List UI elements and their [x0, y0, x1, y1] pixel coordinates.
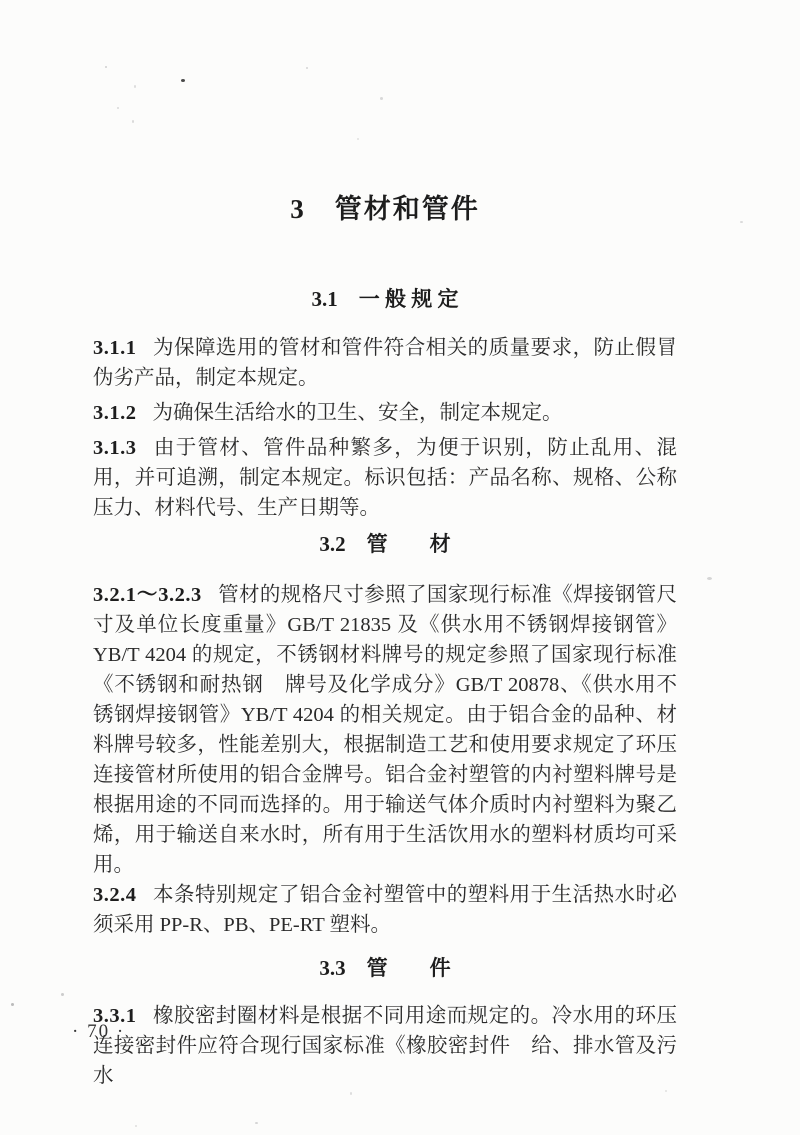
clause-3-1-1: 3.1.1为保障选用的管材和管件符合相关的质量要求，防止假冒伪劣产品，制定本规定…: [93, 333, 677, 393]
clause-3-1-2: 3.1.2为确保生活给水的卫生、安全，制定本规定。: [93, 398, 677, 428]
clause-text: 为保障选用的管材和管件符合相关的质量要求，防止假冒伪劣产品，制定本规定。: [93, 337, 677, 389]
page-number: · 70 ·: [72, 1020, 125, 1044]
clause-3-2-4: 3.2.4本条特别规定了铝合金衬塑管中的塑料用于生活热水时必须采用 PP-R、P…: [93, 880, 677, 940]
clause-text: 本条特别规定了铝合金衬塑管中的塑料用于生活热水时必须采用 PP-R、PB、PE-…: [93, 884, 677, 936]
clause-text: 管材的规格尺寸参照了国家现行标准《焊接钢管尺寸及单位长度重量》GB/T 2183…: [93, 584, 677, 876]
scan-speckle: [255, 1122, 258, 1124]
clause-number: 3.1.3: [93, 437, 153, 459]
clause-3-1-3: 3.1.3由于管材、管件品种繁多，为便于识别，防止乱用、混用，并可追溯，制定本规…: [93, 433, 677, 523]
clause-text: 为确保生活给水的卫生、安全，制定本规定。: [153, 402, 563, 424]
scan-speckle: [350, 1092, 352, 1095]
clause-text: 由于管材、管件品种繁多，为便于识别，防止乱用、混用，并可追溯，制定本规定。标识包…: [93, 437, 677, 519]
document-page: 3 管材和管件 3.1 一 般 规 定 3.1.1为保障选用的管材和管件符合相关…: [0, 0, 800, 1135]
scan-speckle: [740, 221, 743, 223]
clause-text: 橡胶密封圈材料是根据不同用途而规定的。冷水用的环压连接密封件应符合现行国家标准《…: [93, 1005, 677, 1087]
page-content: 3 管材和管件 3.1 一 般 规 定 3.1.1为保障选用的管材和管件符合相关…: [93, 0, 677, 1091]
scan-speckle: [61, 993, 64, 996]
scan-speckle: [11, 1003, 14, 1006]
clause-number: 3.2.4: [93, 884, 153, 906]
section-heading-3-3: 3.3 管 件: [93, 954, 677, 982]
section-heading-3-2: 3.2 管 材: [93, 530, 677, 558]
chapter-title: 3 管材和管件: [93, 192, 677, 226]
section-heading-3-1: 3.1 一 般 规 定: [93, 285, 677, 313]
clause-3-3-1: 3.3.1橡胶密封圈材料是根据不同用途而规定的。冷水用的环压连接密封件应符合现行…: [93, 1001, 677, 1091]
clause-number: 3.1.1: [93, 337, 153, 359]
scan-speckle: [707, 577, 712, 580]
clause-number: 3.1.2: [93, 402, 153, 424]
scan-speckle: [135, 1125, 137, 1127]
clause-number: 3.2.1～3.2.3: [93, 584, 218, 606]
clause-3-2-1-to-3-2-3: 3.2.1～3.2.3管材的规格尺寸参照了国家现行标准《焊接钢管尺寸及单位长度重…: [93, 580, 677, 880]
